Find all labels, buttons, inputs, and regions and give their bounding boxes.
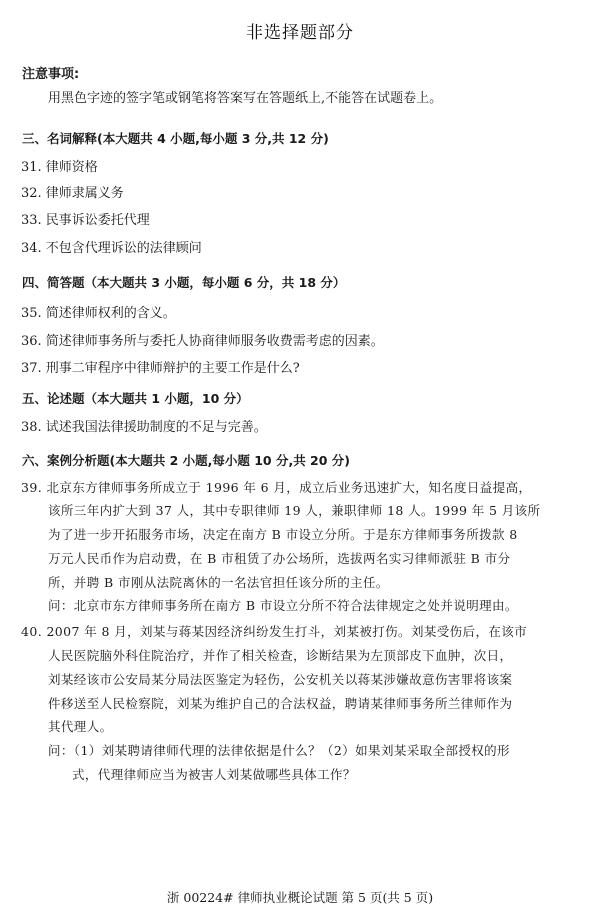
case-39-line: 万元人民币作为启动费，在 B 市租赁了办公场所，选拔两名实习律师派驻 B 市分 (48, 549, 510, 567)
section-heading-short-answer: 四、简答题（本大题共 3 小题，每小题 6 分，共 18 分） (22, 273, 345, 291)
question-38: 38. 试述我国法律援助制度的不足与完善。 (21, 416, 267, 435)
case-39-line: 为了进一步开拓服务市场，决定在南方 B 市设立分所。于是东方律师事务所拨款 8 (48, 525, 518, 543)
question-31: 31. 律师资格 (21, 156, 98, 175)
question-32: 32. 律师隶属义务 (21, 182, 124, 201)
case-40-line: 其代理人。 (48, 717, 113, 735)
case-40-line: 人民医院脑外科住院治疗，并作了相关检查，诊断结果为左顶部皮下血肿，次日， (48, 646, 512, 664)
case-39-line: 39. 北京东方律师事务所成立于 1996 年 6 月，成立后业务迅速扩大，知名… (21, 478, 531, 496)
case-39-line: 该所三年内扩大到 37 人，其中专职律师 19 人，兼职律师 18 人。1999… (48, 501, 540, 519)
section-heading-essay: 五、论述题（本大题共 1 小题，10 分） (22, 389, 249, 407)
page-footer: 浙 00224# 律师执业概论试题 第 5 页(共 5 页) (0, 888, 600, 906)
notice-body: 用黑色字迹的签字笔或钢笔将答案写在答题纸上,不能答在试题卷上。 (48, 87, 442, 106)
case-40-question: 问：（1）刘某聘请律师代理的法律依据是什么？（2）如果刘某采取全部授权的形 (48, 741, 510, 759)
page-title: 非选择题部分 (0, 18, 600, 43)
case-39-line: 所，并聘 B 市刚从法院离休的一名法官担任该分所的主任。 (48, 573, 389, 591)
question-33: 33. 民事诉讼委托代理 (21, 209, 150, 228)
notice-heading: 注意事项: (22, 63, 79, 82)
question-35: 35. 简述律师权利的含义。 (21, 302, 176, 321)
case-40-line: 40. 2007 年 8 月，刘某与蒋某因经济纠纷发生打斗，刘某被打伤。刘某受伤… (21, 622, 527, 640)
case-40-line: 件移送至人民检察院，刘某为维护自己的合法权益，聘请某律师事务所兰律师作为 (48, 694, 512, 712)
section-heading-case-analysis: 六、案例分析题(本大题共 2 小题,每小题 10 分,共 20 分) (22, 451, 350, 469)
case-40-line: 刘某经该市公安局某分局法医鉴定为轻伤，公安机关以蒋某涉嫌故意伤害罪将该案 (48, 670, 512, 688)
section-heading-terms: 三、名词解释(本大题共 4 小题,每小题 3 分,共 12 分) (22, 129, 329, 147)
case-39-question: 问：北京市东方律师事务所在南方 B 市设立分所不符合法律规定之处并说明理由。 (48, 596, 518, 614)
question-36: 36. 简述律师事务所与委托人协商律师服务收费需考虑的因素。 (21, 330, 384, 349)
case-40-question-continued: 式，代理律师应当为被害人刘某做哪些具体工作？ (72, 765, 356, 783)
question-37: 37. 刑事二审程序中律师辩护的主要工作是什么? (21, 357, 300, 376)
question-34: 34. 不包含代理诉讼的法律顾问 (21, 237, 202, 256)
